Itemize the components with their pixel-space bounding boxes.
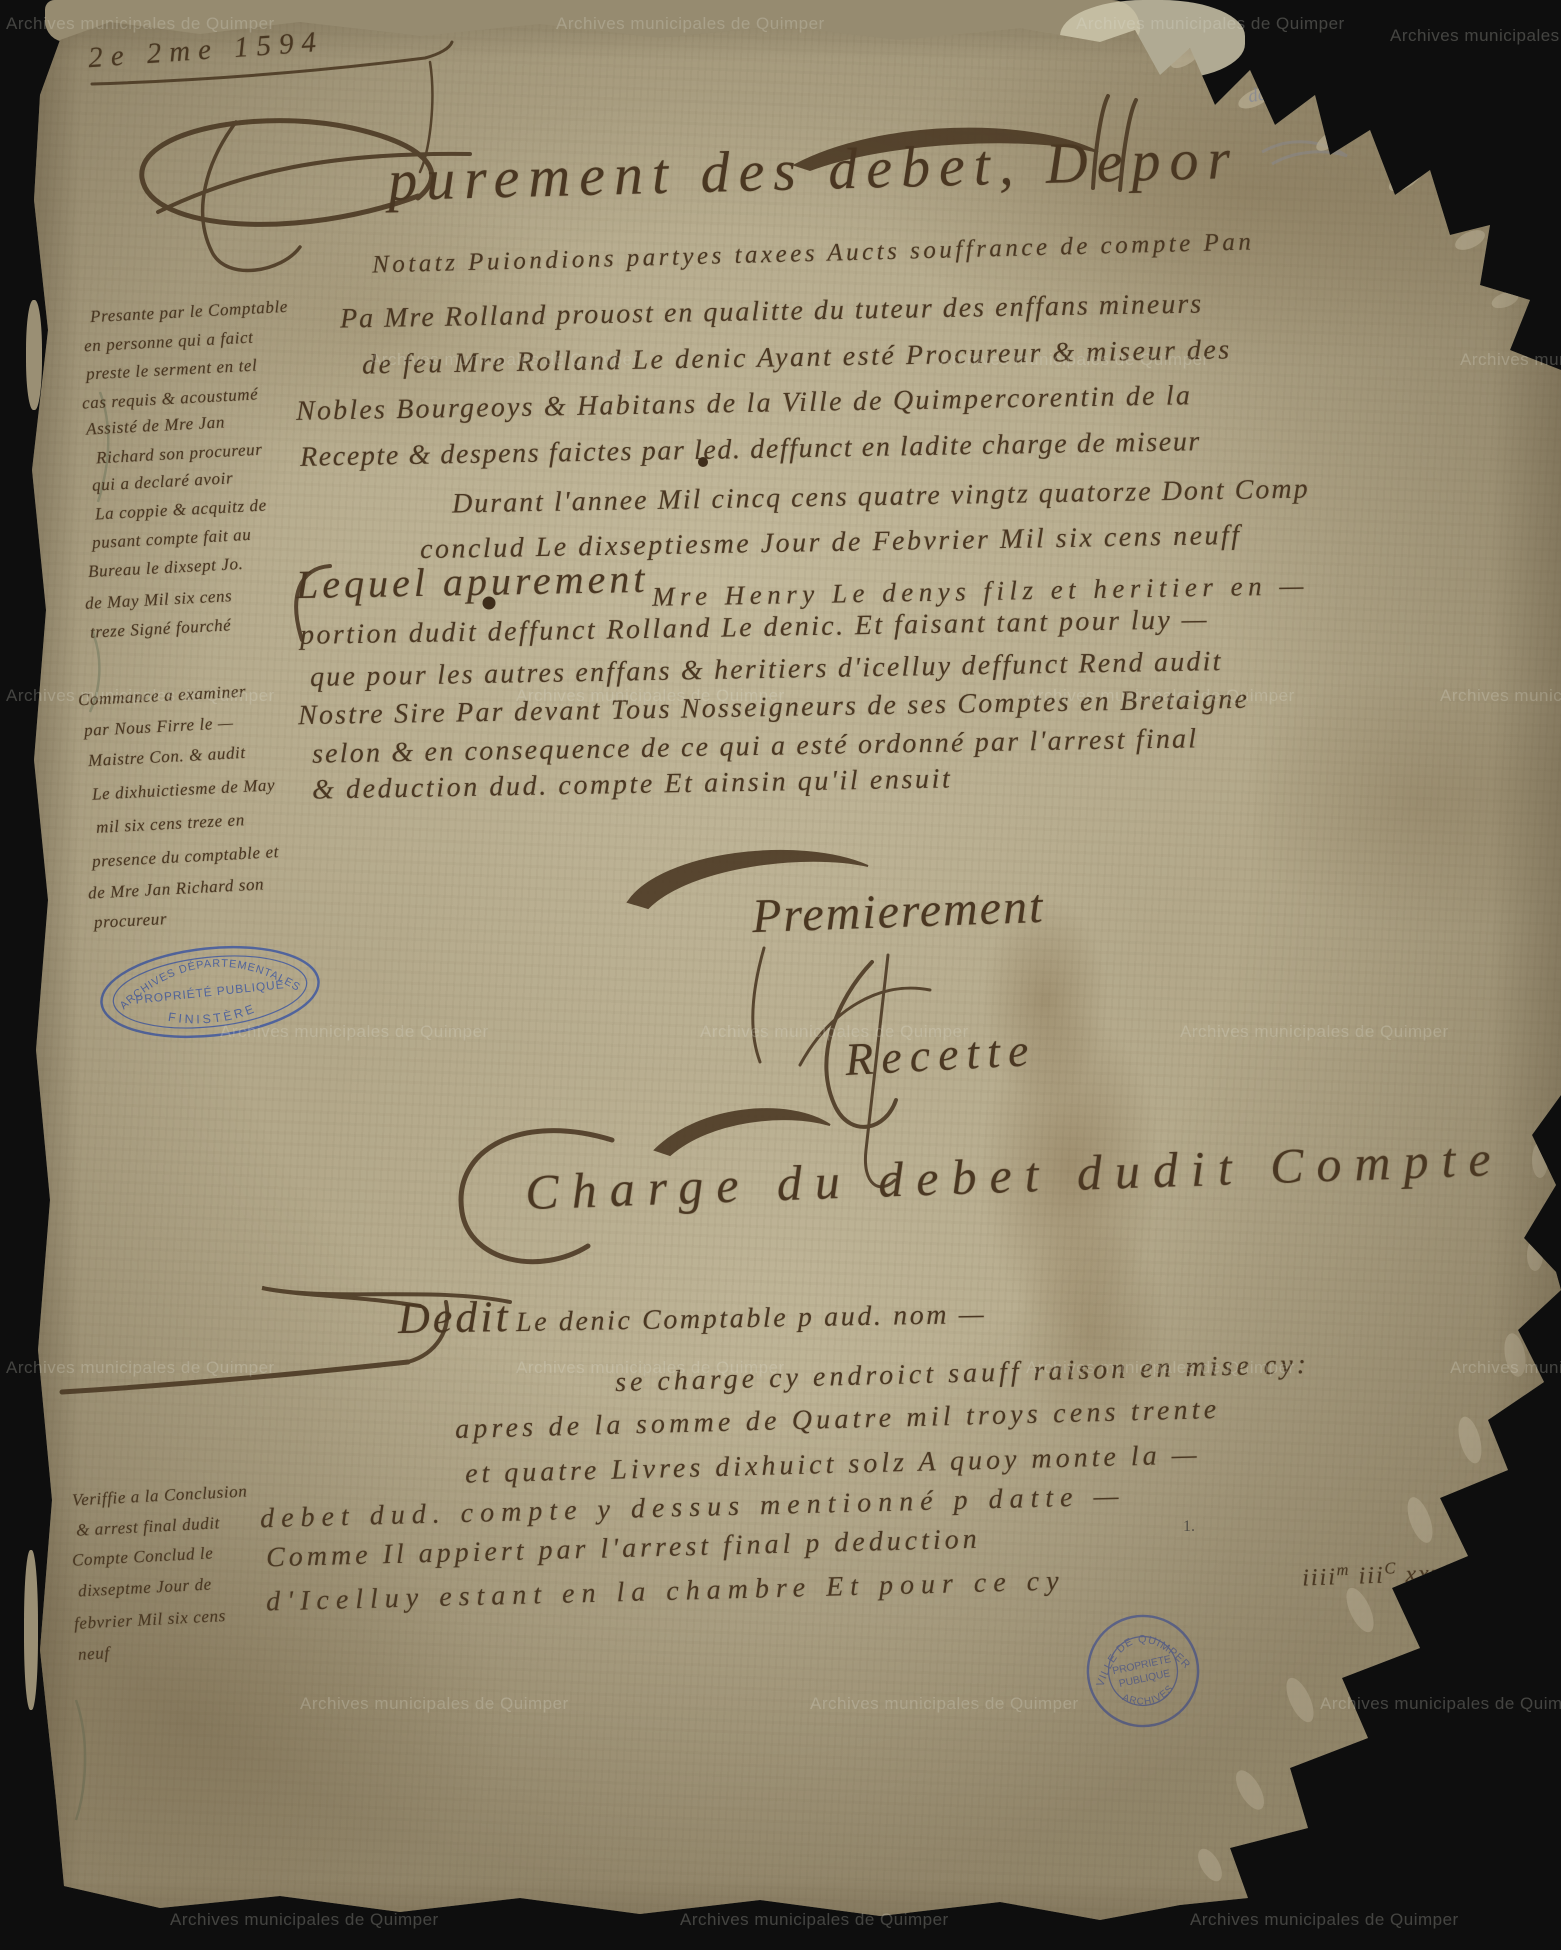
archive-watermark: Archives municipales de Quimper: [1190, 1910, 1459, 1930]
archive-watermark: Archives municipales de Quimper: [300, 1694, 569, 1714]
archive-watermark: Archives municipales de Quimper: [370, 350, 639, 370]
archive-watermark: Archives municipales de Quimper: [680, 1910, 949, 1930]
backing-sliver-left-2: [24, 1550, 38, 1710]
archive-watermark: Archives municipales de Quimper: [1460, 350, 1561, 370]
archive-watermark: Archives municipales de Quimper: [1440, 686, 1561, 706]
archive-watermark: Archives municipales de Quimper: [700, 1022, 969, 1042]
sum-sols: xviij: [1497, 1557, 1549, 1585]
archive-watermark: Archives municipales de Quimper: [810, 1694, 1079, 1714]
archive-watermark: Archives municipales de Quimper: [6, 1358, 275, 1378]
archive-watermark: Archives municipales de Quimper: [1450, 1358, 1561, 1378]
archive-watermark: Archives municipales de Quimper: [1026, 1358, 1295, 1378]
archive-watermark: Archives municipales de Quimper: [516, 686, 785, 706]
archive-watermark: Archives municipales de Quimper: [516, 1358, 785, 1378]
archive-watermark: Archives municipales de Quimper: [1390, 26, 1561, 46]
backing-sliver-left-1: [26, 300, 42, 410]
archive-watermark: Archives municipales de Quimper: [220, 1022, 489, 1042]
archive-watermark: Archives municipales de Quimper: [6, 686, 275, 706]
archive-watermark: Archives municipales de Quimper: [1180, 1022, 1449, 1042]
archive-watermark: Archives municipales de Quimper: [170, 1910, 439, 1930]
archive-watermark: Archives municipales de Quimper: [1076, 14, 1345, 34]
sum-livres-sign: ℓ: [1477, 1550, 1489, 1575]
archive-watermark: Archives municipales de Quimper: [1026, 686, 1295, 706]
manuscript-scan: 2e 2me 1594 purement des debet, Depor No…: [0, 0, 1561, 1950]
archive-watermark: Archives municipales de Quimper: [940, 350, 1209, 370]
sum-sols-unit: s: [1548, 1553, 1557, 1572]
manuscript-sheet: 2e 2me 1594 purement des debet, Depor No…: [0, 0, 1561, 1950]
archive-watermark: Archives municipales de Quimper: [556, 14, 825, 34]
archive-watermark: Archives municipales de Quimper: [1320, 1694, 1561, 1714]
edge-shading: [0, 0, 1561, 1950]
archive-watermark: Archives municipales de Quimper: [6, 14, 275, 34]
